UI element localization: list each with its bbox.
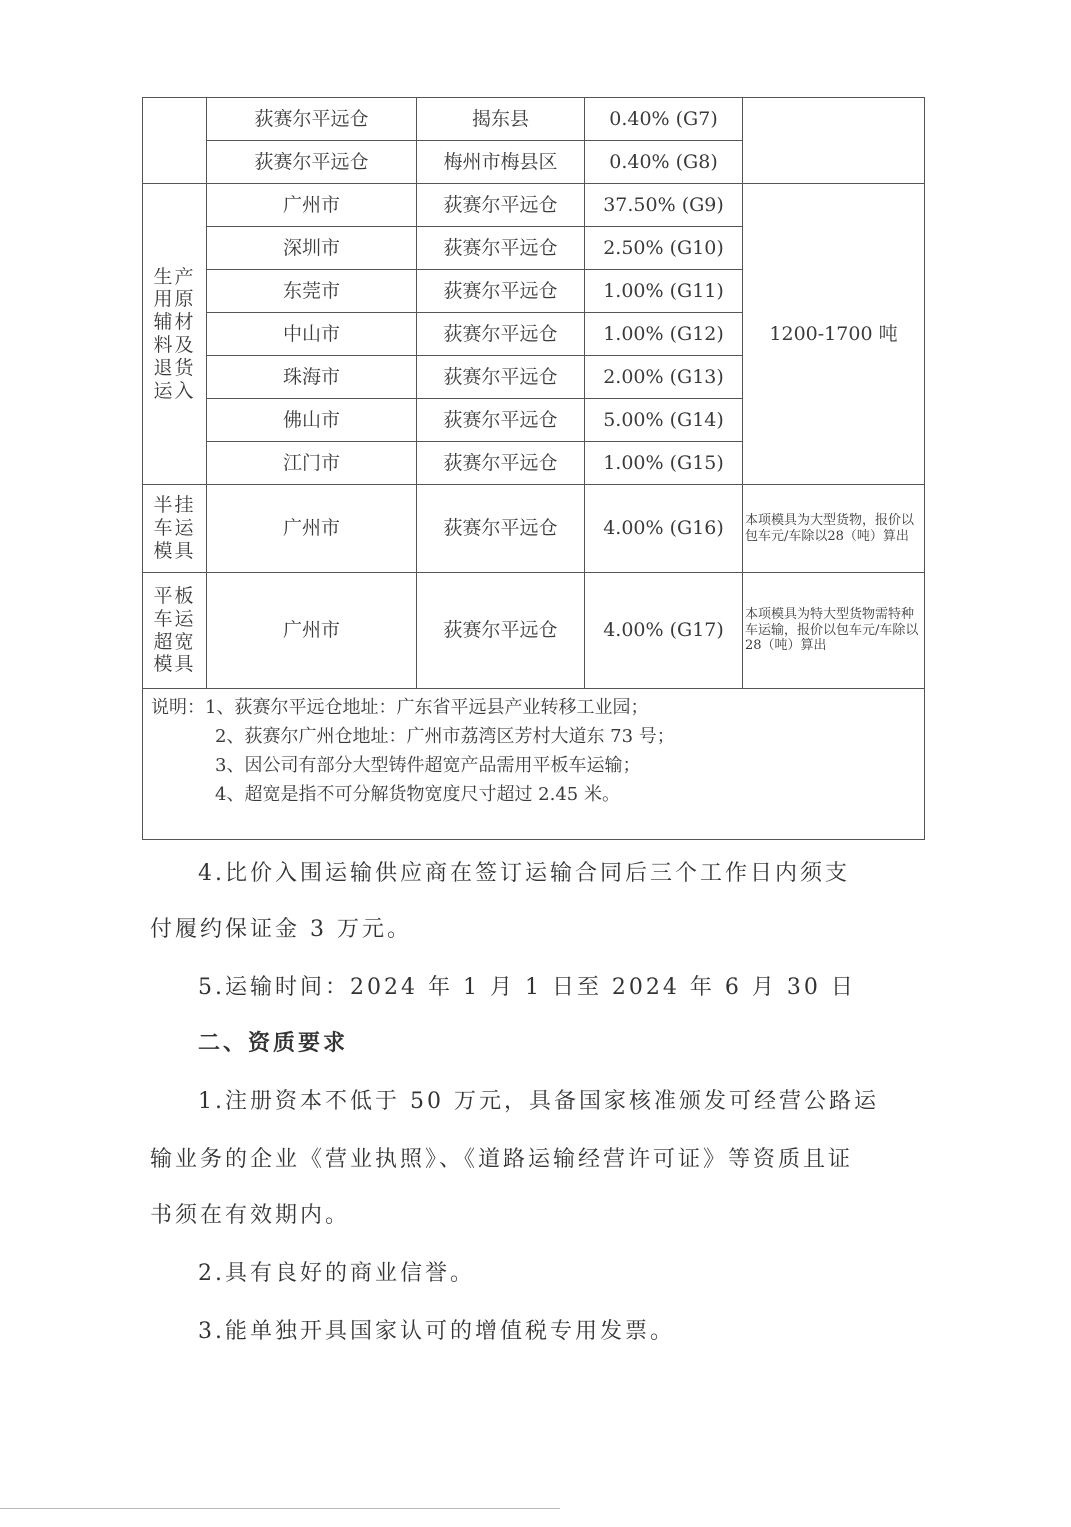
- table-row: 平板车运超宽模具 广州市 荻赛尔平远仓 4.00% (G17) 本项模具为特大型…: [143, 573, 925, 689]
- remark-cell: 本项模具为特大型货物需特种车运输，报价以包车元/车除以28（吨）算出: [743, 573, 925, 689]
- paragraph-5: 5.运输时间：2024 年 1 月 1 日至 2024 年 6 月 30 日: [198, 970, 958, 1001]
- from-cell: 江门市: [207, 442, 417, 485]
- ratio-cell: 4.00% (G16): [585, 485, 743, 573]
- to-cell: 荻赛尔平远仓: [417, 227, 585, 270]
- to-cell: 荻赛尔平远仓: [417, 573, 585, 689]
- to-cell: 梅州市梅县区: [417, 141, 585, 184]
- to-cell: 荻赛尔平远仓: [417, 313, 585, 356]
- qualification-1-cont: 输业务的企业《营业执照》、《道路运输经营许可证》等资质且证: [150, 1142, 910, 1173]
- note-line: 3、因公司有部分大型铸件超宽产品需用平板车运输；: [151, 751, 916, 780]
- from-cell: 广州市: [207, 573, 417, 689]
- ratio-cell: 0.40% (G8): [585, 141, 743, 184]
- ratio-cell: 0.40% (G7): [585, 98, 743, 141]
- category-semitrailer: 半挂车运模具: [143, 485, 207, 573]
- paragraph-4-cont: 付履约保证金 3 万元。: [150, 912, 910, 943]
- note-line: 4、超宽是指不可分解货物宽度尺寸超过 2.45 米。: [151, 780, 916, 809]
- scan-artifact-line: [0, 1508, 560, 1509]
- remark-cell: 本项模具为大型货物，报价以包车元/车除以28（吨）算出: [743, 485, 925, 573]
- freight-table: 荻赛尔平远仓 揭东县 0.40% (G7) 荻赛尔平远仓 梅州市梅县区 0.40…: [142, 97, 925, 840]
- qualification-3: 3.能单独开具国家认可的增值税专用发票。: [198, 1314, 958, 1345]
- from-cell: 珠海市: [207, 356, 417, 399]
- note-line: 说明：1、荻赛尔平远仓地址：广东省平远县产业转移工业园；: [151, 693, 916, 722]
- from-cell: 中山市: [207, 313, 417, 356]
- to-cell: 荻赛尔平远仓: [417, 442, 585, 485]
- ratio-cell: 2.00% (G13): [585, 356, 743, 399]
- ratio-cell: 1.00% (G11): [585, 270, 743, 313]
- to-cell: 荻赛尔平远仓: [417, 270, 585, 313]
- to-cell: 揭东县: [417, 98, 585, 141]
- note-line: 2、荻赛尔广州仓地址：广州市荔湾区芳村大道东 73 号；: [151, 722, 916, 751]
- from-cell: 东莞市: [207, 270, 417, 313]
- notes-row: 说明：1、荻赛尔平远仓地址：广东省平远县产业转移工业园； 2、荻赛尔广州仓地址：…: [143, 689, 925, 840]
- volume-cell-empty: [743, 98, 925, 184]
- category-raw-materials: 生产用原辅材料及退货运入: [143, 184, 207, 485]
- qualification-1: 1.注册资本不低于 50 万元，具备国家核准颁发可经营公路运: [198, 1084, 958, 1115]
- category-flatbed: 平板车运超宽模具: [143, 573, 207, 689]
- table-row: 半挂车运模具 广州市 荻赛尔平远仓 4.00% (G16) 本项模具为大型货物，…: [143, 485, 925, 573]
- table-row: 生产用原辅材料及退货运入 广州市 荻赛尔平远仓 37.50% (G9) 1200…: [143, 184, 925, 227]
- table-row: 荻赛尔平远仓 揭东县 0.40% (G7): [143, 98, 925, 141]
- to-cell: 荻赛尔平远仓: [417, 399, 585, 442]
- ratio-cell: 1.00% (G12): [585, 313, 743, 356]
- from-cell: 佛山市: [207, 399, 417, 442]
- paragraph-4: 4.比价入围运输供应商在签订运输合同后三个工作日内须支: [198, 856, 958, 887]
- volume-cell: 1200-1700 吨: [743, 184, 925, 485]
- from-cell: 荻赛尔平远仓: [207, 141, 417, 184]
- ratio-cell: 4.00% (G17): [585, 573, 743, 689]
- category-cell-empty: [143, 98, 207, 184]
- qualification-1-cont2: 书须在有效期内。: [150, 1198, 910, 1229]
- ratio-cell: 2.50% (G10): [585, 227, 743, 270]
- from-cell: 广州市: [207, 485, 417, 573]
- notes-cell: 说明：1、荻赛尔平远仓地址：广东省平远县产业转移工业园； 2、荻赛尔广州仓地址：…: [143, 689, 925, 840]
- qualification-2: 2.具有良好的商业信誉。: [198, 1256, 958, 1287]
- ratio-cell: 1.00% (G15): [585, 442, 743, 485]
- to-cell: 荻赛尔平远仓: [417, 356, 585, 399]
- to-cell: 荻赛尔平远仓: [417, 184, 585, 227]
- from-cell: 深圳市: [207, 227, 417, 270]
- from-cell: 广州市: [207, 184, 417, 227]
- ratio-cell: 37.50% (G9): [585, 184, 743, 227]
- section-heading: 二、资质要求: [198, 1026, 958, 1057]
- ratio-cell: 5.00% (G14): [585, 399, 743, 442]
- from-cell: 荻赛尔平远仓: [207, 98, 417, 141]
- to-cell: 荻赛尔平远仓: [417, 485, 585, 573]
